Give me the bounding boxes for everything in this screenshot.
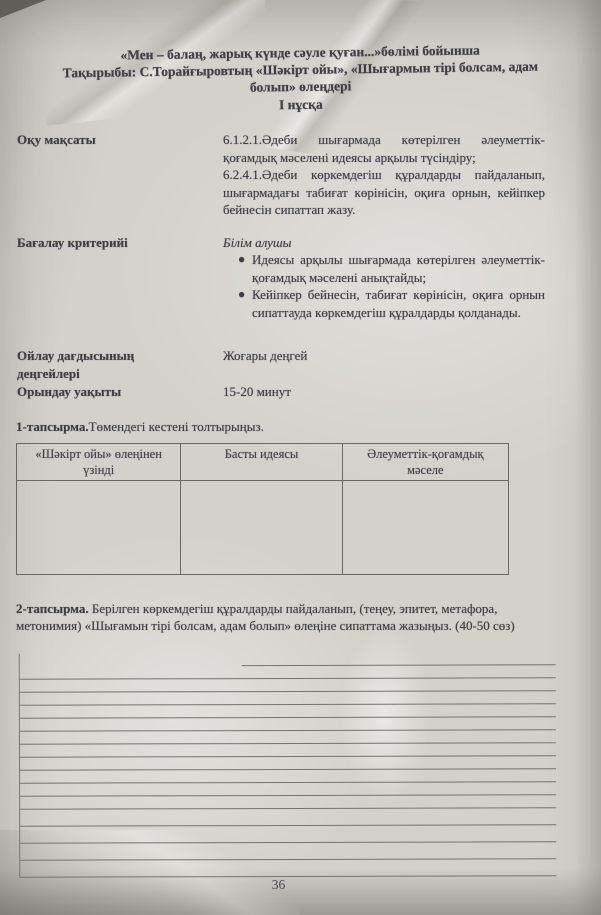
table-answer-row bbox=[17, 481, 509, 575]
objective-paragraph-1: 6.1.2.1.Әдеби шығармада көтерілген әлеум… bbox=[223, 131, 545, 166]
page-subtitle: Тақырыбы: С.Торайғыровтың «Шәкірт ойы», … bbox=[43, 57, 558, 98]
task2-text: Берілген көркемдегіш құралдарды пайдалан… bbox=[16, 601, 515, 633]
bullet-icon: ● bbox=[238, 286, 252, 321]
table-cell-social-issue bbox=[342, 481, 508, 575]
objective-label: Оқу мақсаты bbox=[17, 131, 177, 219]
criteria-bullet: ● Кейіпкер бейнесін, табиғат көрінісін, … bbox=[223, 286, 545, 321]
table-header-main-idea: Басты идеясы bbox=[181, 444, 342, 481]
criteria-intro: Білім алушы bbox=[223, 234, 545, 252]
writing-line bbox=[20, 808, 556, 826]
objective-row: Оқу мақсаты 6.1.2.1.Әдеби шығармада көте… bbox=[17, 131, 545, 219]
task2-label: 2-тапсырма. bbox=[16, 601, 89, 616]
table-header-row: «Шәкірт ойы» өлеңінен үзінді Басты идеяс… bbox=[17, 444, 509, 481]
criteria-bullet: ● Идеясы арқылы шығармада көтерілген әле… bbox=[223, 251, 545, 286]
title-block: «Мен – балаң, жарық күнде сәуле қуған...… bbox=[0, 40, 601, 117]
duration-row: Орындау уақыты 15-20 минут bbox=[17, 383, 545, 401]
paper-edge-shadow bbox=[575, 0, 601, 915]
table-header-social-issue: Әлеуметтік-қоғамдық мәселе bbox=[342, 444, 508, 481]
task1-text: Төмендегі кестені толтырыңыз. bbox=[89, 419, 264, 434]
thinking-level-value: Жоғары деңгей bbox=[223, 347, 545, 382]
table-header-excerpt: «Шәкірт ойы» өлеңінен үзінді bbox=[17, 444, 181, 481]
page-number: 36 bbox=[0, 877, 601, 893]
task2-heading: 2-тапсырма. Берілген көркемдегіш құралда… bbox=[16, 601, 541, 634]
criteria-bullet-text: Идеясы арқылы шығармада көтерілген әлеум… bbox=[252, 251, 545, 286]
scanned-worksheet-page: «Мен – балаң, жарық күнде сәуле қуған...… bbox=[0, 0, 601, 915]
answer-lines bbox=[19, 652, 557, 877]
info-section: Оқу мақсаты 6.1.2.1.Әдеби шығармада көте… bbox=[17, 131, 545, 401]
photo-corner-shadow bbox=[0, 0, 46, 18]
thinking-level-row: Ойлау дағдысының деңгейлері Жоғары деңге… bbox=[17, 347, 545, 382]
table-cell-excerpt bbox=[17, 481, 181, 575]
writing-line bbox=[242, 652, 556, 666]
objective-paragraph-2: 6.2.4.1.Әдеби көркемдегіш құралдарды пай… bbox=[223, 166, 545, 219]
criteria-bullet-text: Кейіпкер бейнесін, табиғат көрінісін, оқ… bbox=[252, 286, 545, 321]
thinking-level-label: Ойлау дағдысының деңгейлері bbox=[17, 347, 177, 382]
writing-line bbox=[20, 825, 556, 843]
criteria-label: Бағалау критерийі bbox=[17, 234, 177, 322]
worksheet-table: «Шәкірт ойы» өлеңінен үзінді Басты идеяс… bbox=[16, 443, 509, 575]
duration-label: Орындау уақыты bbox=[17, 383, 177, 401]
criteria-value: Білім алушы ● Идеясы арқылы шығармада кө… bbox=[223, 234, 545, 322]
writing-line bbox=[20, 842, 556, 860]
objective-value: 6.1.2.1.Әдеби шығармада көтерілген әлеум… bbox=[223, 131, 545, 219]
task1-heading: 1-тапсырма.Төмендегі кестені толтырыңыз. bbox=[16, 419, 264, 435]
writing-line bbox=[20, 859, 556, 877]
criteria-row: Бағалау критерийі Білім алушы ● Идеясы а… bbox=[17, 234, 545, 322]
table-cell-main-idea bbox=[181, 481, 342, 575]
duration-value: 15-20 минут bbox=[223, 383, 545, 401]
bullet-icon: ● bbox=[238, 251, 252, 286]
task1-label: 1-тапсырма. bbox=[16, 419, 89, 434]
